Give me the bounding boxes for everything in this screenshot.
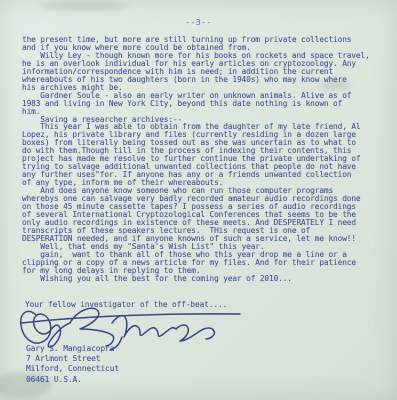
sender-street: 7 Arlmont Street: [26, 354, 119, 364]
letter-page: --3-- the present time, but more are sti…: [0, 0, 397, 400]
paper-smudge: [40, 2, 130, 10]
sender-city: Milford, Connecticut: [26, 364, 119, 374]
letter-body: the present time, but more are still tur…: [22, 36, 370, 283]
page-number: --3--: [0, 18, 397, 27]
sender-name: Gary S. Mangiacopra: [26, 344, 119, 354]
sender-address-block: Gary S. Mangiacopra 7 Arlmont Street Mil…: [26, 344, 119, 385]
sender-zip: 06461 U.S.A.: [26, 375, 119, 385]
